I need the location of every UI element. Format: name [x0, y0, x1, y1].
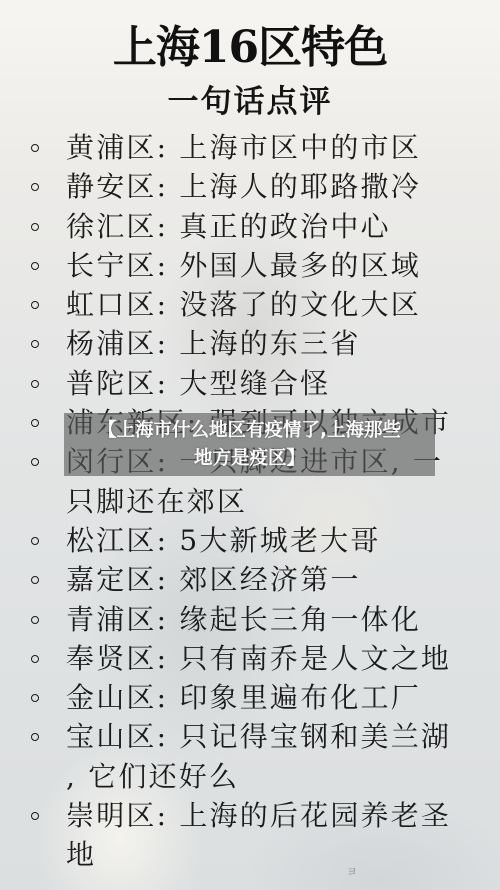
list-item-huangpu: 黄浦区: 上海市区中的市区	[0, 128, 500, 167]
bullet-circle-icon	[31, 223, 39, 231]
list-item-text: , 它们还好么	[66, 760, 239, 793]
page-subtitle: 一句话点评	[0, 82, 500, 122]
list-item-text: 杨浦区: 上海的东三省	[66, 327, 361, 360]
page-title: 上海16区特色	[0, 20, 500, 76]
caption-line-1: 【上海市什么地区有疫情了,上海那些	[64, 417, 435, 445]
list-item-text: 金山区: 印象里遍布化工厂	[66, 681, 421, 714]
bullet-circle-icon	[31, 419, 39, 427]
bullet-circle-icon	[31, 262, 39, 270]
bullet-circle-icon	[31, 380, 39, 388]
list-item-changning: 长宁区: 外国人最多的区域	[0, 246, 500, 285]
list-item-text: 奉贤区: 只有南乔是人文之地	[66, 642, 451, 675]
list-item-chongming: 崇明区: 上海的后花园养老圣	[0, 796, 500, 835]
bullet-circle-icon	[31, 576, 39, 584]
list-item-text: 虹口区: 没落了的文化大区	[66, 288, 421, 321]
watermark-glyph: ヨ	[347, 863, 357, 878]
article-title-caption-overlay: 【上海市什么地区有疫情了,上海那些 地方是疫区】	[64, 413, 435, 476]
list-item-baoshan-continued: , 它们还好么	[0, 757, 500, 796]
list-item-text: 嘉定区: 郊区经济第一	[66, 563, 361, 596]
list-item-qingpu: 青浦区: 缘起长三角一体化	[0, 600, 500, 639]
list-item-xuhui: 徐汇区: 真正的政治中心	[0, 207, 500, 246]
list-item-text: 徐汇区: 真正的政治中心	[66, 210, 391, 243]
list-item-text: 黄浦区: 上海市区中的市区	[66, 131, 421, 164]
list-item-jinshan: 金山区: 印象里遍布化工厂	[0, 678, 500, 717]
list-item-text: 青浦区: 缘起长三角一体化	[66, 603, 421, 636]
list-item-jiading: 嘉定区: 郊区经济第一	[0, 560, 500, 599]
caption-line-2: 地方是疫区】	[64, 445, 435, 473]
list-item-text: 松江区: 5大新城老大哥	[66, 524, 381, 557]
list-item-putuo: 普陀区: 大型缝合怪	[0, 364, 500, 403]
list-item-songjiang: 松江区: 5大新城老大哥	[0, 521, 500, 560]
bullet-circle-icon	[31, 537, 39, 545]
list-item-text: 只脚还在郊区	[66, 485, 247, 518]
bullet-circle-icon	[31, 144, 39, 152]
list-item-minhang-continued: 只脚还在郊区	[0, 482, 500, 521]
list-item-text: 长宁区: 外国人最多的区域	[66, 249, 421, 282]
bullet-circle-icon	[31, 812, 39, 820]
bullet-circle-icon	[31, 340, 39, 348]
list-item-yangpu: 杨浦区: 上海的东三省	[0, 324, 500, 363]
district-list: 黄浦区: 上海市区中的市区 静安区: 上海人的耶路撒冷 徐汇区: 真正的政治中心…	[0, 128, 500, 875]
list-item-text: 宝山区: 只记得宝钢和美兰湖	[66, 720, 451, 753]
list-item-hongkou: 虹口区: 没落了的文化大区	[0, 285, 500, 324]
bullet-circle-icon	[31, 655, 39, 663]
list-item-text: 崇明区: 上海的后花园养老圣	[66, 799, 451, 832]
bullet-circle-icon	[31, 694, 39, 702]
bullet-circle-icon	[31, 183, 39, 191]
list-item-jingan: 静安区: 上海人的耶路撒冷	[0, 167, 500, 206]
bullet-circle-icon	[31, 458, 39, 466]
list-item-text: 静安区: 上海人的耶路撒冷	[66, 170, 421, 203]
list-item-chongming-continued: 地	[0, 835, 500, 874]
bullet-circle-icon	[31, 616, 39, 624]
list-item-text: 普陀区: 大型缝合怪	[66, 367, 330, 400]
list-item-fengxian: 奉贤区: 只有南乔是人文之地	[0, 639, 500, 678]
bullet-circle-icon	[31, 301, 39, 309]
list-item-baoshan: 宝山区: 只记得宝钢和美兰湖	[0, 717, 500, 756]
list-item-text: 地	[66, 838, 96, 871]
bullet-circle-icon	[31, 733, 39, 741]
